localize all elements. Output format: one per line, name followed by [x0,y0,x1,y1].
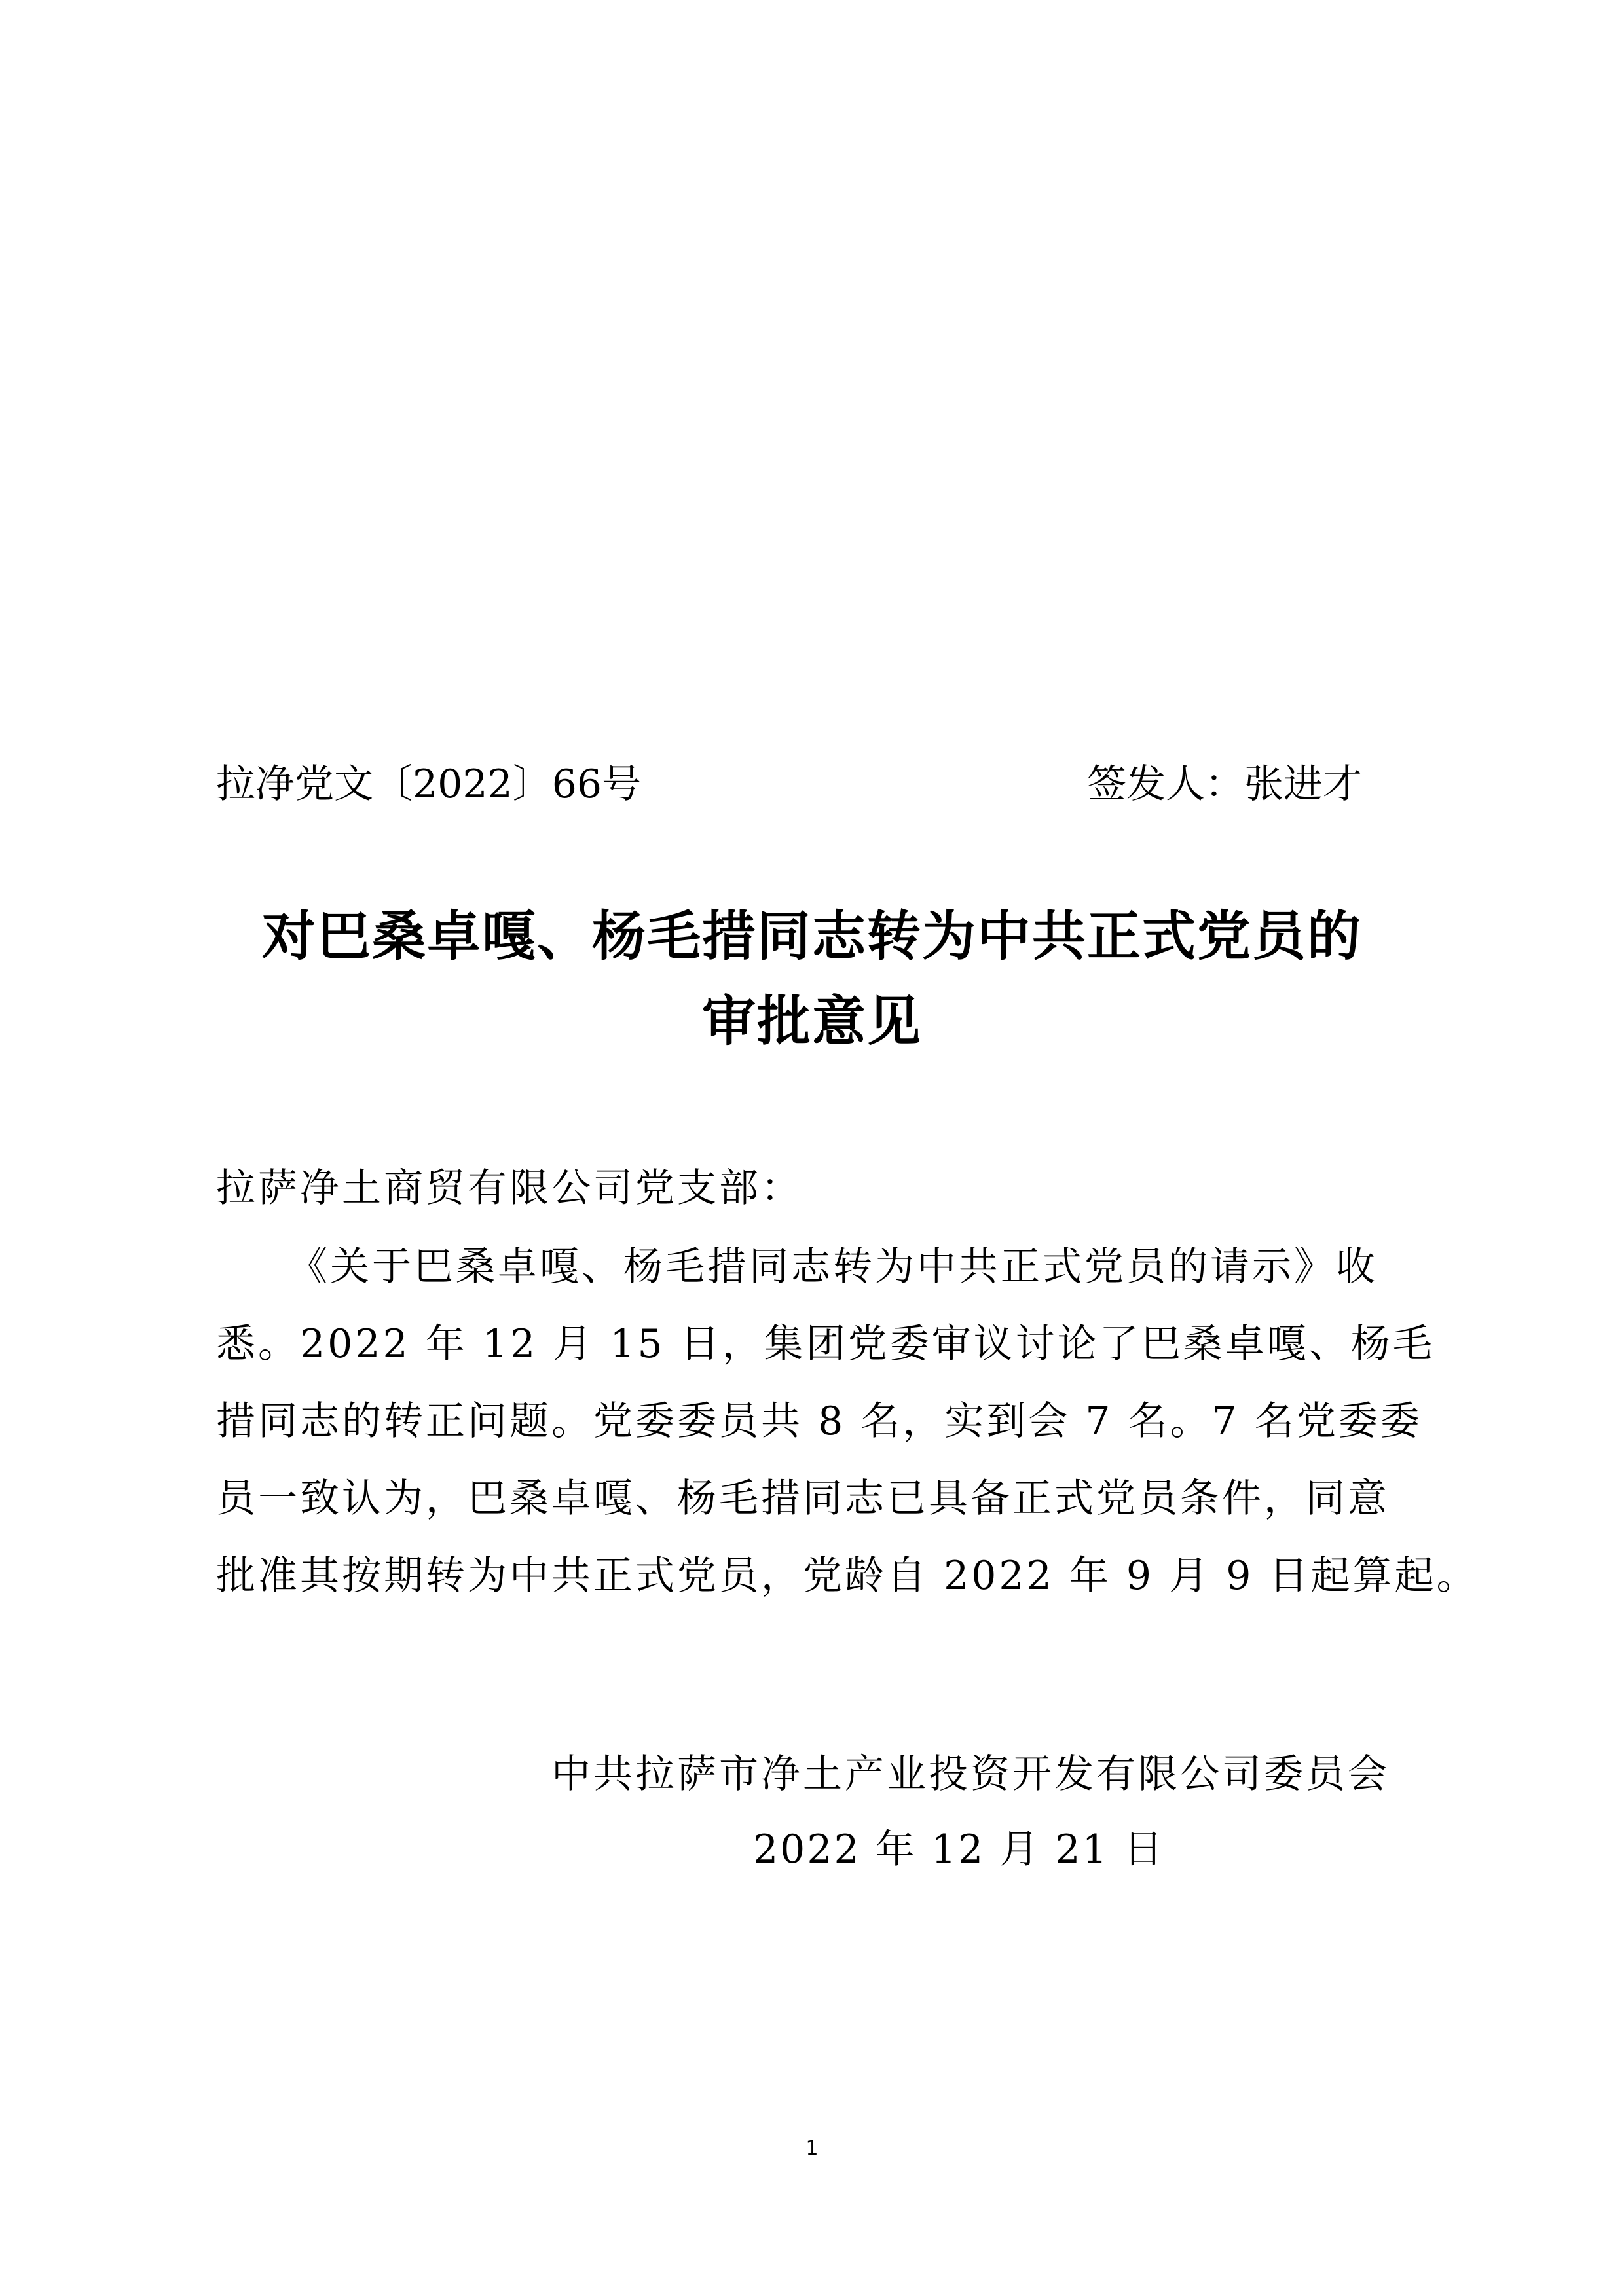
document-number: 拉净党文〔2022〕66号 [216,752,641,817]
body-line-4: 员一致认为，巴桑卓嘎、杨毛措同志已具备正式党员条件，同意 [216,1460,1414,1537]
title-line-2: 审批意见 [196,979,1428,1064]
document-header: 拉净党文〔2022〕66号 签发人：张进才 [216,752,1408,817]
body-line-1: 《关于巴桑卓嘎、杨毛措同志转为中共正式党员的请示》收 [216,1228,1414,1305]
body-paragraph: 《关于巴桑卓嘎、杨毛措同志转为中共正式党员的请示》收 悉。2022 年 12 月… [216,1228,1414,1614]
document-title: 对巴桑卓嘎、杨毛措同志转为中共正式党员的 审批意见 [196,894,1428,1064]
signer: 签发人：张进才 [1087,752,1362,817]
title-line-1: 对巴桑卓嘎、杨毛措同志转为中共正式党员的 [196,894,1428,979]
document-page: 拉净党文〔2022〕66号 签发人：张进才 对巴桑卓嘎、杨毛措同志转为中共正式党… [0,0,1624,2296]
page-number: 1 [786,2136,838,2162]
signer-name: 张进才 [1244,761,1362,807]
signature-date: 2022 年 12 月 21 日 [753,1817,1165,1882]
body-line-2: 悉。2022 年 12 月 15 日，集团党委审议讨论了巴桑卓嘎、杨毛 [216,1305,1414,1383]
body-line-5: 批准其按期转为中共正式党员，党龄自 2022 年 9 月 9 日起算起。 [216,1537,1414,1614]
signature-organization: 中共拉萨市净土产业投资开发有限公司委员会 [551,1741,1390,1807]
addressee: 拉萨净土商贸有限公司党支部： [216,1156,803,1221]
signer-label: 签发人： [1087,761,1244,807]
body-line-3: 措同志的转正问题。党委委员共 8 名，实到会 7 名。7 名党委委 [216,1383,1414,1460]
